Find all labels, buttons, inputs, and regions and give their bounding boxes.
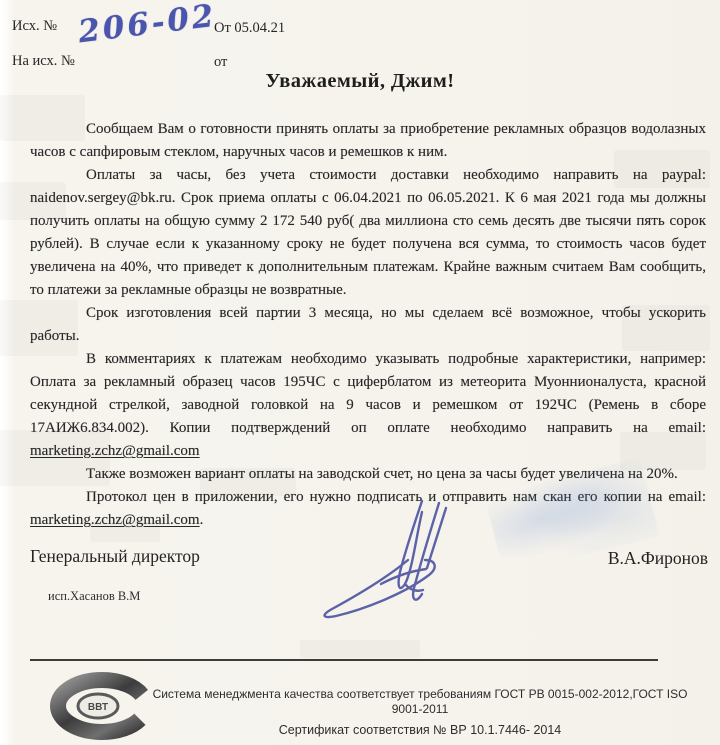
- executor-name: исп.Хасанов В.М: [48, 589, 140, 604]
- outgoing-number-handwritten: 206-02: [76, 0, 218, 50]
- reply-number-label: На исх. №: [12, 53, 75, 70]
- quality-system-statement: Система менеджмента качества соответству…: [140, 687, 700, 717]
- marketing-email: marketing.zchz@gmail.com: [30, 512, 200, 528]
- outgoing-number-label: Исх. №: [12, 18, 57, 35]
- scan-artifact: [300, 640, 420, 658]
- paragraph-payment-terms: Оплаты за часы, без учета стоимости дост…: [30, 164, 706, 302]
- certificate-statement: Сертификат соответствия № ВР 10.1.7446- …: [140, 723, 700, 737]
- signer-position: Генеральный директор: [30, 546, 200, 567]
- paragraph-payment-comments: В комментариях к платежам необходимо ука…: [30, 348, 706, 463]
- paragraph-intro: Сообщаем Вам о готовности принять оплаты…: [30, 118, 706, 164]
- paragraph-payment-comments-text: В комментариях к платежам необходимо ука…: [30, 351, 706, 436]
- paragraph-production-time: Срок изготовления всей партии 3 месяца, …: [30, 302, 706, 348]
- marketing-email: marketing.zchz@gmail.com: [30, 443, 200, 459]
- scanned-letter-page: Исх. № 206-02 От 05.04.21 На исх. № от У…: [0, 0, 720, 745]
- reply-from-label: от: [214, 54, 227, 71]
- signer-name: В.А.Фиронов: [608, 548, 708, 569]
- footer-divider: [30, 659, 658, 661]
- logo-text: ВВТ: [88, 702, 108, 713]
- paragraph-price-protocol-period: .: [200, 512, 204, 528]
- letter-title: Уважаемый, Джим!: [0, 70, 720, 93]
- handwritten-signature: [318, 498, 488, 623]
- letter-date: От 05.04.21: [214, 20, 285, 37]
